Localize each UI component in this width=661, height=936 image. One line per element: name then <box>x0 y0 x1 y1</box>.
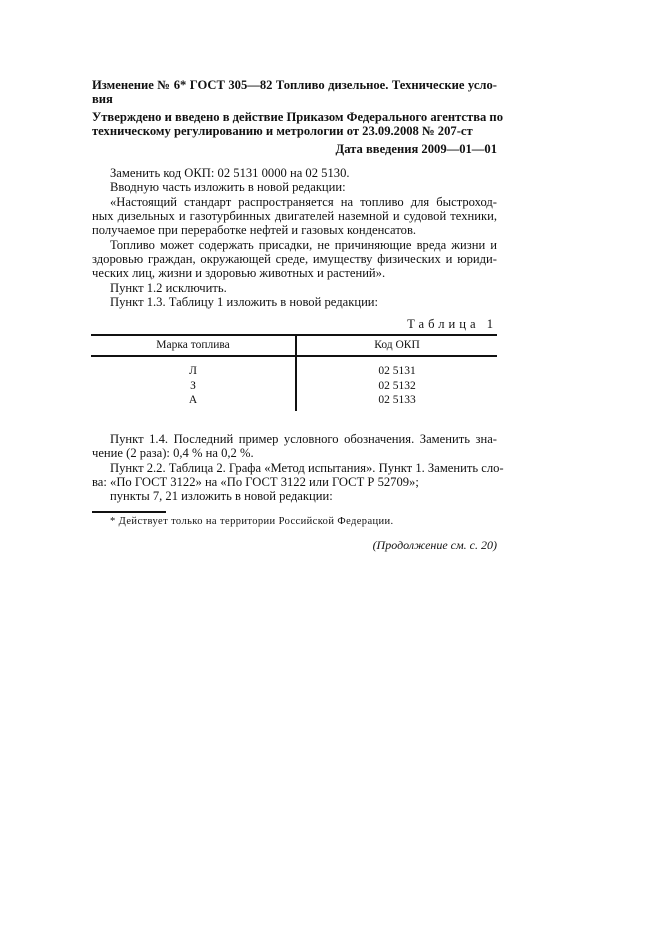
table-row: Л <box>91 364 295 378</box>
table-row: 02 5131 <box>297 364 497 378</box>
table-header-fuel-grade: Марка топлива <box>91 338 295 352</box>
table-row: 02 5133 <box>297 393 497 407</box>
paragraph-okp-code: Заменить код ОКП: 02 5131 0000 на 02 513… <box>92 167 497 181</box>
effective-date: Дата введения 2009—01—01 <box>92 143 497 157</box>
footnote: * Действует только на территории Российс… <box>110 516 394 527</box>
amendment-title-line2: вия <box>92 93 497 107</box>
document-page: Изменение № 6* ГОСТ 305—82 Топливо дизел… <box>0 0 661 936</box>
table-header-okp-code: Код ОКП <box>297 338 497 352</box>
amendment-title-line1: Изменение № 6* ГОСТ 305—82 Топливо дизел… <box>92 79 497 93</box>
paragraph-clause-1-4-line1: Пункт 1.4. Последний пример условного об… <box>92 433 497 447</box>
paragraph-clause-1-4-line2: чение (2 раза): 0,4 % на 0,2 %. <box>92 447 497 461</box>
paragraph-intro: Вводную часть изложить в новой редакции: <box>92 181 497 195</box>
approval-line2: техническому регулированию и метрологии … <box>92 125 497 139</box>
paragraph-additives-line3: ческих лиц, жизни и здоровью животных и … <box>92 267 497 281</box>
paragraph-clauses-7-21: пункты 7, 21 изложить в новой редакции: <box>92 490 497 504</box>
paragraph-clause-2-2-line2: ва: «По ГОСТ 3122» на «По ГОСТ 3122 или … <box>92 476 497 490</box>
paragraph-clause-1-2: Пункт 1.2 исключить. <box>92 282 497 296</box>
paragraph-additives-line1: Топливо может содержать присадки, не при… <box>92 239 497 253</box>
table-row: З <box>91 379 295 393</box>
paragraph-clause-2-2-line1: Пункт 2.2. Таблица 2. Графа «Метод испыт… <box>92 462 497 476</box>
table-caption: Таблица 1 <box>92 317 497 332</box>
paragraph-clause-1-3: Пункт 1.3. Таблицу 1 изложить в новой ре… <box>92 296 497 310</box>
paragraph-scope-line3: получаемое при переработке нефтей и газо… <box>92 224 497 238</box>
table-row: 02 5132 <box>297 379 497 393</box>
continued-note: (Продолжение см. с. 20) <box>92 538 497 553</box>
approval-line1: Утверждено и введено в действие Приказом… <box>92 111 497 125</box>
table-top-rule <box>91 334 497 336</box>
paragraph-additives-line2: здоровью граждан, окружающей среде, имущ… <box>92 253 497 267</box>
table-row: А <box>91 393 295 407</box>
paragraph-scope-line1: «Настоящий стандарт распространяется на … <box>92 196 497 210</box>
footnote-rule <box>92 511 166 513</box>
table-header-rule <box>91 355 497 357</box>
paragraph-scope-line2: ных дизельных и газотурбинных двигателей… <box>92 210 497 224</box>
